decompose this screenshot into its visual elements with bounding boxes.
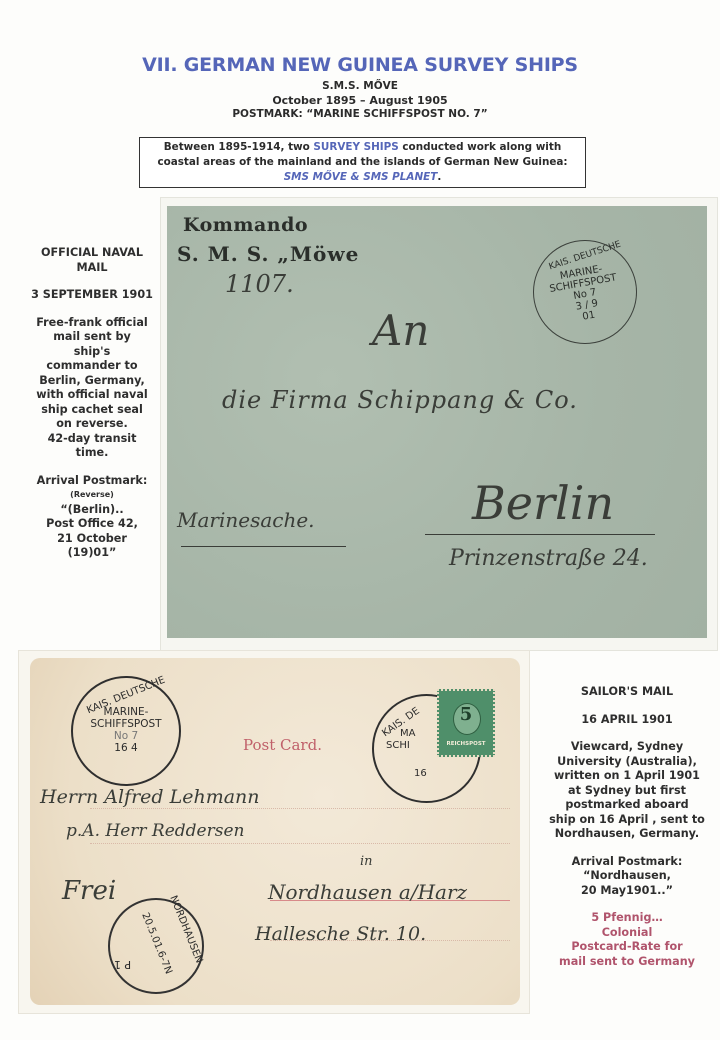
ship-name: S.M.S. MŐVE	[0, 80, 720, 92]
text-line: Free-frank official	[24, 316, 160, 331]
postmark-line: MARINE-	[75, 706, 177, 718]
address-firm: die Firma Schippang & Co.	[222, 386, 578, 414]
postmark-line: MA	[386, 728, 427, 740]
item2-heading: SAILOR'S MAIL	[536, 685, 718, 700]
item1-arrival-postmark: “(Berlin)..Post Office 42,21 October(19)…	[24, 503, 160, 561]
postmark-ring-text: NORDHAUSEN	[167, 894, 204, 965]
underline	[181, 546, 346, 547]
postmark-date: 16 4	[75, 742, 177, 754]
item2-date: 16 APRIL 1901	[536, 713, 718, 728]
intro-text: coastal areas of the mainland and the is…	[140, 155, 585, 170]
postmark-code: P 1	[114, 958, 131, 971]
intro-box: Between 1895-1914, two SURVEY SHIPS cond…	[139, 137, 586, 188]
post-card-title: Post Card.	[243, 736, 322, 754]
item2-description: Viewcard, SydneyUniversity (Australia),w…	[536, 740, 718, 842]
text-line: Postcard-Rate for	[536, 940, 718, 955]
text-line: written on 1 April 1901	[536, 769, 718, 784]
postmark-type: POSTMARK: “MARINE SCHIFFSPOST NO. 7”	[0, 108, 720, 120]
address-city: Nordhausen a/Harz	[268, 880, 467, 904]
text-line: ship's	[24, 345, 160, 360]
text-line: time.	[24, 446, 160, 461]
item1-arrival-note: (Reverse)	[24, 488, 160, 503]
text-line: mail sent by	[24, 330, 160, 345]
marine-schiffspost-postmark: KAIS. DEUTSCHE MARINE- SCHIFFSPOST No 7 …	[533, 240, 637, 344]
text-line: commander to	[24, 359, 160, 374]
survey-ships-highlight: SURVEY SHIPS	[313, 141, 398, 153]
text-line: University (Australia),	[536, 755, 718, 770]
text-line: Colonial	[536, 926, 718, 941]
stamp-value: 5	[439, 704, 493, 725]
intro-text: conducted work along with	[399, 141, 561, 153]
text-line: at Sydney but first	[536, 784, 718, 799]
addressee-name: Herrn Alfred Lehmann	[40, 786, 260, 808]
text-line: 21 October	[24, 532, 160, 547]
text-line: 42-day transit	[24, 432, 160, 447]
postmark-date: 20.5.01.6-7N	[139, 911, 174, 976]
official-mail-description: OFFICIAL NAVAL MAIL 3 SEPTEMBER 1901 Fre…	[24, 246, 160, 561]
text-line: 20 May1901..”	[536, 884, 718, 899]
intro-text: Between 1895-1914, two	[164, 141, 314, 153]
address-in: in	[360, 854, 373, 869]
stamp-label: REICHSPOST	[441, 741, 491, 747]
item1-date: 3 SEPTEMBER 1901	[24, 288, 160, 303]
text-line: 5 Pfennig…	[536, 911, 718, 926]
postmark-body: MA SCHI 16	[386, 728, 427, 780]
item1-description: Free-frank officialmail sent byship'scom…	[24, 316, 160, 461]
text-line: with official naval	[24, 388, 160, 403]
cachet-ship-name: S. M. S. „Möwe	[177, 242, 359, 266]
address-an: An	[372, 306, 429, 355]
text-line: Berlin, Germany,	[24, 374, 160, 389]
marine-schiffspost-postmark-left: KAIS. DEUTSCHE MARINE- SCHIFFSPOST No 7 …	[71, 676, 181, 786]
postmark-body: MARINE- SCHIFFSPOST No 7 16 4	[75, 706, 177, 754]
item2-arrival-label: Arrival Postmark:	[536, 855, 718, 870]
text-line: mail sent to Germany	[536, 955, 718, 970]
text-line: ship on 16 April , sent to	[536, 813, 718, 828]
address-line	[90, 843, 510, 844]
address-street: Hallesche Str. 10.	[255, 923, 426, 945]
sailors-mail-description: SAILOR'S MAIL 16 APRIL 1901 Viewcard, Sy…	[536, 685, 718, 969]
address-city: Berlin	[472, 476, 614, 530]
text-line: Viewcard, Sydney	[536, 740, 718, 755]
postmark-line: No 7	[75, 730, 177, 742]
text-line: Nordhausen, Germany.	[536, 827, 718, 842]
postmark-date: 16	[386, 768, 427, 780]
postmark-line: SCHI	[386, 740, 427, 752]
city-underline	[425, 534, 655, 535]
page-title: VII. GERMAN NEW GUINEA SURVEY SHIPS	[0, 54, 720, 76]
postage-rate-note: 5 Pfennig…ColonialPostcard-Rate formail …	[536, 911, 718, 969]
text-line: “(Berlin)..	[24, 503, 160, 518]
text-line: “Nordhausen,	[536, 869, 718, 884]
handwritten-number: 1107.	[225, 270, 294, 298]
nordhausen-arrival-postmark: NORDHAUSEN 20.5.01.6-7N P 1	[108, 898, 204, 994]
marinesache-note: Marinesache.	[177, 508, 315, 532]
postmark-line: SCHIFFSPOST	[75, 718, 177, 730]
text-line: Post Office 42,	[24, 517, 160, 532]
address-street: Prinzenstraße 24.	[449, 546, 648, 571]
item2-arrival-postmark: “Nordhausen,20 May1901..”	[536, 869, 718, 898]
address-line	[90, 808, 510, 809]
reichspost-5-pfennig-stamp: 5 REICHSPOST	[437, 689, 495, 757]
text-line: (19)01”	[24, 546, 160, 561]
text-line: ship cachet seal	[24, 403, 160, 418]
service-period: October 1895 – August 1905	[0, 94, 720, 107]
cachet-kommando: Kommando	[183, 214, 308, 236]
text-line: on reverse.	[24, 417, 160, 432]
envelope-image: Kommando S. M. S. „Möwe 1107. KAIS. DEUT…	[167, 206, 707, 638]
addressee-care-of: p.A. Herr Reddersen	[66, 821, 244, 841]
ships-names-highlight: SMS MŐVE & SMS PLANET	[284, 171, 438, 183]
text-line: postmarked aboard	[536, 798, 718, 813]
item1-heading: OFFICIAL NAVAL MAIL	[24, 246, 160, 275]
frei-note: Frei	[62, 876, 116, 906]
item1-arrival-label: Arrival Postmark:	[24, 474, 160, 489]
intro-text: .	[437, 171, 441, 183]
